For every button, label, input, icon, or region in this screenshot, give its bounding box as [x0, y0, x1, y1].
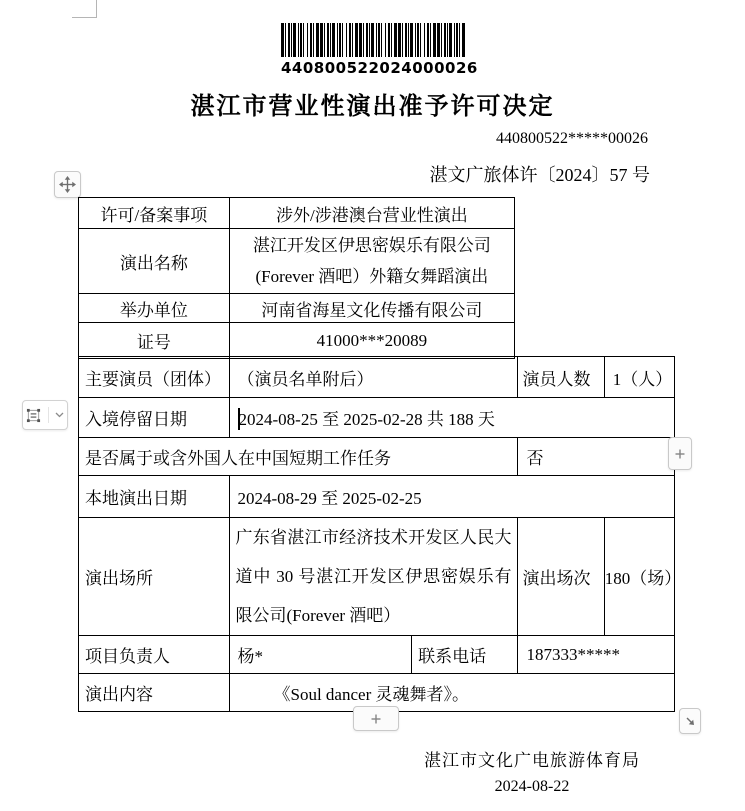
content-value: 《Soul dancer 灵魂舞者》。 — [229, 674, 675, 712]
venue-value: 广东省湛江市经济技术开发区人民大道中 30 号湛江开发区伊思密娱乐有限公司(Fo… — [229, 518, 518, 636]
short-term-work-label: 是否属于或含外国人在中国短期工作任务 — [79, 438, 518, 476]
table-row: 入境停留日期 2024-08-25 至 2025-02-28 共 188 天 — [79, 398, 675, 438]
organizer-value: 河南省海星文化传播有限公司 — [229, 294, 514, 323]
table-row: 演出名称 湛江开发区伊思密娱乐有限公司(Forever 酒吧）外籍女舞蹈演出 — [79, 229, 515, 294]
venue-label: 演出场所 — [79, 518, 230, 636]
phone-value: 187333***** — [518, 636, 675, 674]
insert-column-button[interactable] — [668, 437, 692, 470]
barcode-bars-icon — [281, 23, 465, 57]
table-row: 证号 41000***20089 — [79, 323, 515, 359]
table-row: 项目负责人 杨* 联系电话 187333***** — [79, 636, 675, 674]
performer-count-label: 演员人数 — [518, 357, 604, 398]
insert-row-button[interactable] — [353, 706, 399, 731]
table-move-handle[interactable] — [54, 171, 81, 198]
floating-select-widget[interactable] — [22, 400, 68, 430]
manager-label: 项目负责人 — [79, 636, 230, 674]
cert-no-value: 41000***20089 — [229, 323, 514, 359]
table-row: 主要演员（团体） （演员名单附后） 演员人数 1（人） — [79, 357, 675, 398]
cert-no-label: 证号 — [79, 323, 230, 359]
table-row: 是否属于或含外国人在中国短期工作任务 否 — [79, 438, 675, 476]
performer-count-value: 1（人） — [604, 357, 674, 398]
table-row: 演出场所 广东省湛江市经济技术开发区人民大道中 30 号湛江开发区伊思密娱乐有限… — [79, 518, 675, 636]
chevron-down-icon[interactable] — [55, 412, 64, 418]
signature-block: 湛江市文化广电旅游体育局 2024-08-22 — [386, 746, 678, 796]
local-dates-label: 本地演出日期 — [79, 476, 230, 518]
table-row: 举办单位 河南省海星文化传播有限公司 — [79, 294, 515, 323]
entry-stay-label: 入境停留日期 — [79, 398, 230, 438]
barcode-number: 440800522024000026 — [281, 59, 465, 77]
short-term-work-value: 否 — [518, 438, 675, 476]
barcode: 440800522024000026 — [281, 23, 465, 77]
resize-arrow-icon — [684, 715, 696, 727]
move-icon — [59, 176, 76, 193]
plus-icon — [370, 713, 382, 725]
manager-value: 杨* — [229, 636, 412, 674]
content-label: 演出内容 — [79, 674, 230, 712]
sessions-value: 180（场） — [604, 518, 674, 636]
table-resize-handle[interactable] — [679, 708, 701, 734]
plus-icon — [674, 448, 686, 460]
license-item-label: 许可/备案事项 — [79, 198, 230, 229]
text-boundary-corner-mark — [72, 0, 97, 18]
table-select-icon[interactable] — [26, 408, 41, 423]
document-title: 湛江市营业性演出准予许可决定 — [0, 86, 745, 121]
license-item-value: 涉外/涉港澳台营业性演出 — [229, 198, 514, 229]
table-row: 本地演出日期 2024-08-29 至 2025-02-25 — [79, 476, 675, 518]
local-dates-value: 2024-08-29 至 2025-02-25 — [229, 476, 675, 518]
sessions-label: 演出场次 — [518, 518, 604, 636]
divider — [48, 407, 49, 423]
entry-stay-value: 2024-08-25 至 2025-02-28 共 188 天 — [229, 398, 675, 438]
organizer-label: 举办单位 — [79, 294, 230, 323]
show-name-label: 演出名称 — [79, 229, 230, 294]
issue-date: 2024-08-22 — [386, 778, 678, 796]
main-performers-label: 主要演员（团体） — [79, 357, 230, 398]
issuing-authority: 湛江市文化广电旅游体育局 — [386, 746, 678, 771]
permit-table-top: 许可/备案事项 涉外/涉港澳台营业性演出 演出名称 湛江开发区伊思密娱乐有限公司… — [78, 197, 515, 359]
show-name-value: 湛江开发区伊思密娱乐有限公司(Forever 酒吧）外籍女舞蹈演出 — [229, 229, 514, 294]
permit-number: 440800522*****00026 — [496, 130, 648, 148]
permit-table-main: 主要演员（团体） （演员名单附后） 演员人数 1（人） 入境停留日期 2024-… — [78, 356, 675, 712]
phone-label: 联系电话 — [412, 636, 518, 674]
table-row: 许可/备案事项 涉外/涉港澳台营业性演出 — [79, 198, 515, 229]
main-performers-value: （演员名单附后） — [229, 357, 518, 398]
document-reference-number: 湛文广旅体许〔2024〕57 号 — [430, 161, 651, 187]
